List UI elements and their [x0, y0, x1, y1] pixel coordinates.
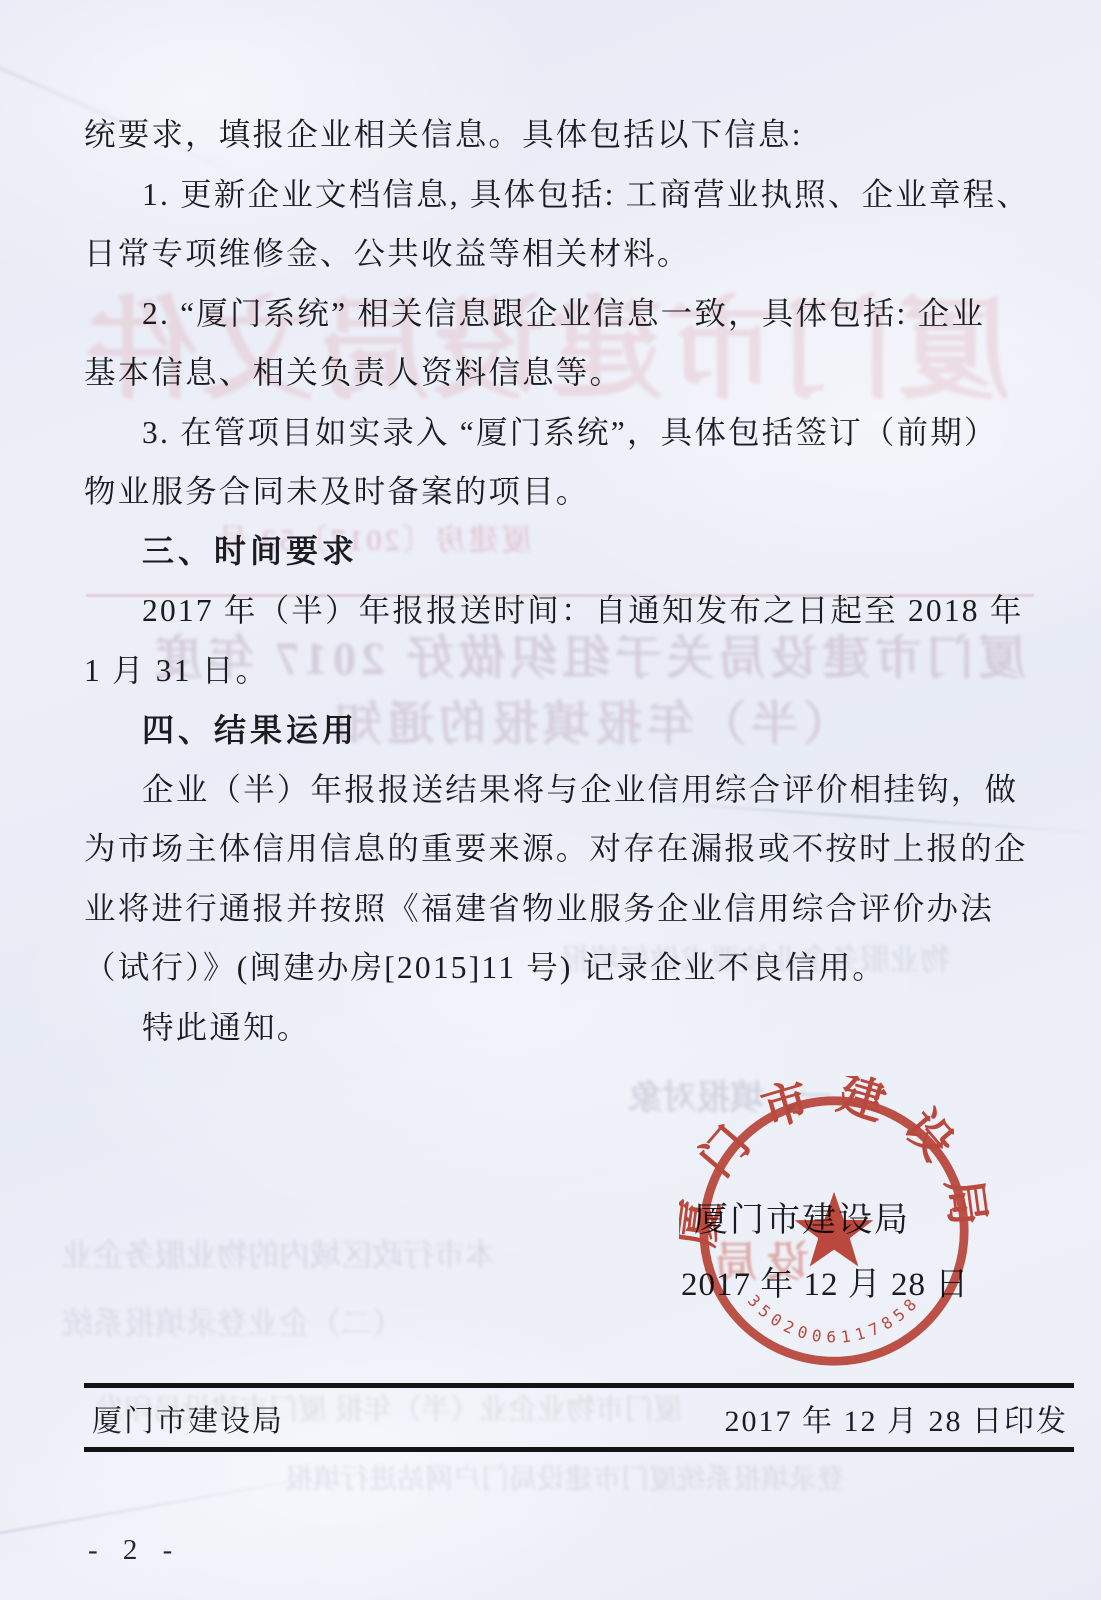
- document-body: 统要求，填报企业相关信息。具体包括以下信息: 1. 更新企业文档信息, 具体包括…: [84, 103, 1034, 1055]
- body-text-line: 3. 在管项目如实录入 “厦门系统”，具体包括签订（前期）: [84, 401, 1034, 461]
- body-text-line: 四、结果运用: [84, 698, 1034, 758]
- body-text-line: 基本信息、相关负责人资料信息等。: [84, 341, 1034, 401]
- body-text-line: 三、时间要求: [84, 520, 1034, 580]
- seal-star-icon: [795, 1192, 874, 1267]
- body-text-line: 统要求，填报企业相关信息。具体包括以下信息:: [84, 103, 1034, 163]
- body-text-line: 1. 更新企业文档信息, 具体包括: 工商营业执照、企业章程、: [84, 163, 1034, 223]
- footer-issuer: 厦门市建设局: [84, 1396, 284, 1440]
- body-text-line: 2. “厦门系统” 相关信息跟企业信息一致，具体包括: 企业: [84, 282, 1034, 342]
- bleedthrough-text: 本市行政区域内的物业服务企业: [62, 1240, 496, 1271]
- bleedthrough-text: （二）企业登录填报系统: [62, 1308, 403, 1339]
- bleedthrough-text: 登录填报系统厦门市建设局门户网站进行填报: [285, 1466, 845, 1494]
- body-text-line: 企业（半）年报报送结果将与企业信用综合评价相挂钩，做: [84, 758, 1034, 818]
- paper-crease: [0, 1476, 318, 1538]
- footer-print-date: 2017 年 12 月 28 日印发: [725, 1396, 1075, 1440]
- svg-text:3502006117858: 3502006117858: [744, 1291, 924, 1347]
- body-text-line: 特此通知。: [84, 996, 1034, 1056]
- body-text-line: 业将进行通报并按照《福建省物业服务企业信用综合评价办法: [84, 877, 1034, 937]
- footer-rule-top: [84, 1383, 1074, 1388]
- body-text-line: 2017 年（半）年报报送时间：自通知发布之日起至 2018 年: [84, 579, 1034, 639]
- footer: 厦门市建设局 2017 年 12 月 28 日印发: [84, 1396, 1074, 1440]
- body-text-line: 物业服务合同未及时备案的项目。: [84, 460, 1034, 520]
- body-text-line: 日常专项维修金、公共收益等相关材料。: [84, 222, 1034, 282]
- footer-rule-bottom: [84, 1447, 1074, 1452]
- body-text-line: 为市场主体信用信息的重要来源。对存在漏报或不按时上报的企: [84, 817, 1034, 877]
- body-text-line: （试行）》(闽建办房[2015]11 号) 记录企业不良信用。: [84, 936, 1034, 996]
- seal-serial-number: 3502006117858: [744, 1291, 924, 1347]
- page-number: - 2 -: [88, 1534, 181, 1567]
- body-text-line: 1 月 31 日。: [84, 639, 1034, 699]
- official-seal: 厦门市建设局 3502006117858: [679, 1076, 989, 1386]
- scanned-document-page: 厦门市建设局文件 厦建房〔2017〕53 号 厦门市建设局关于组织做好 2017…: [0, 0, 1101, 1600]
